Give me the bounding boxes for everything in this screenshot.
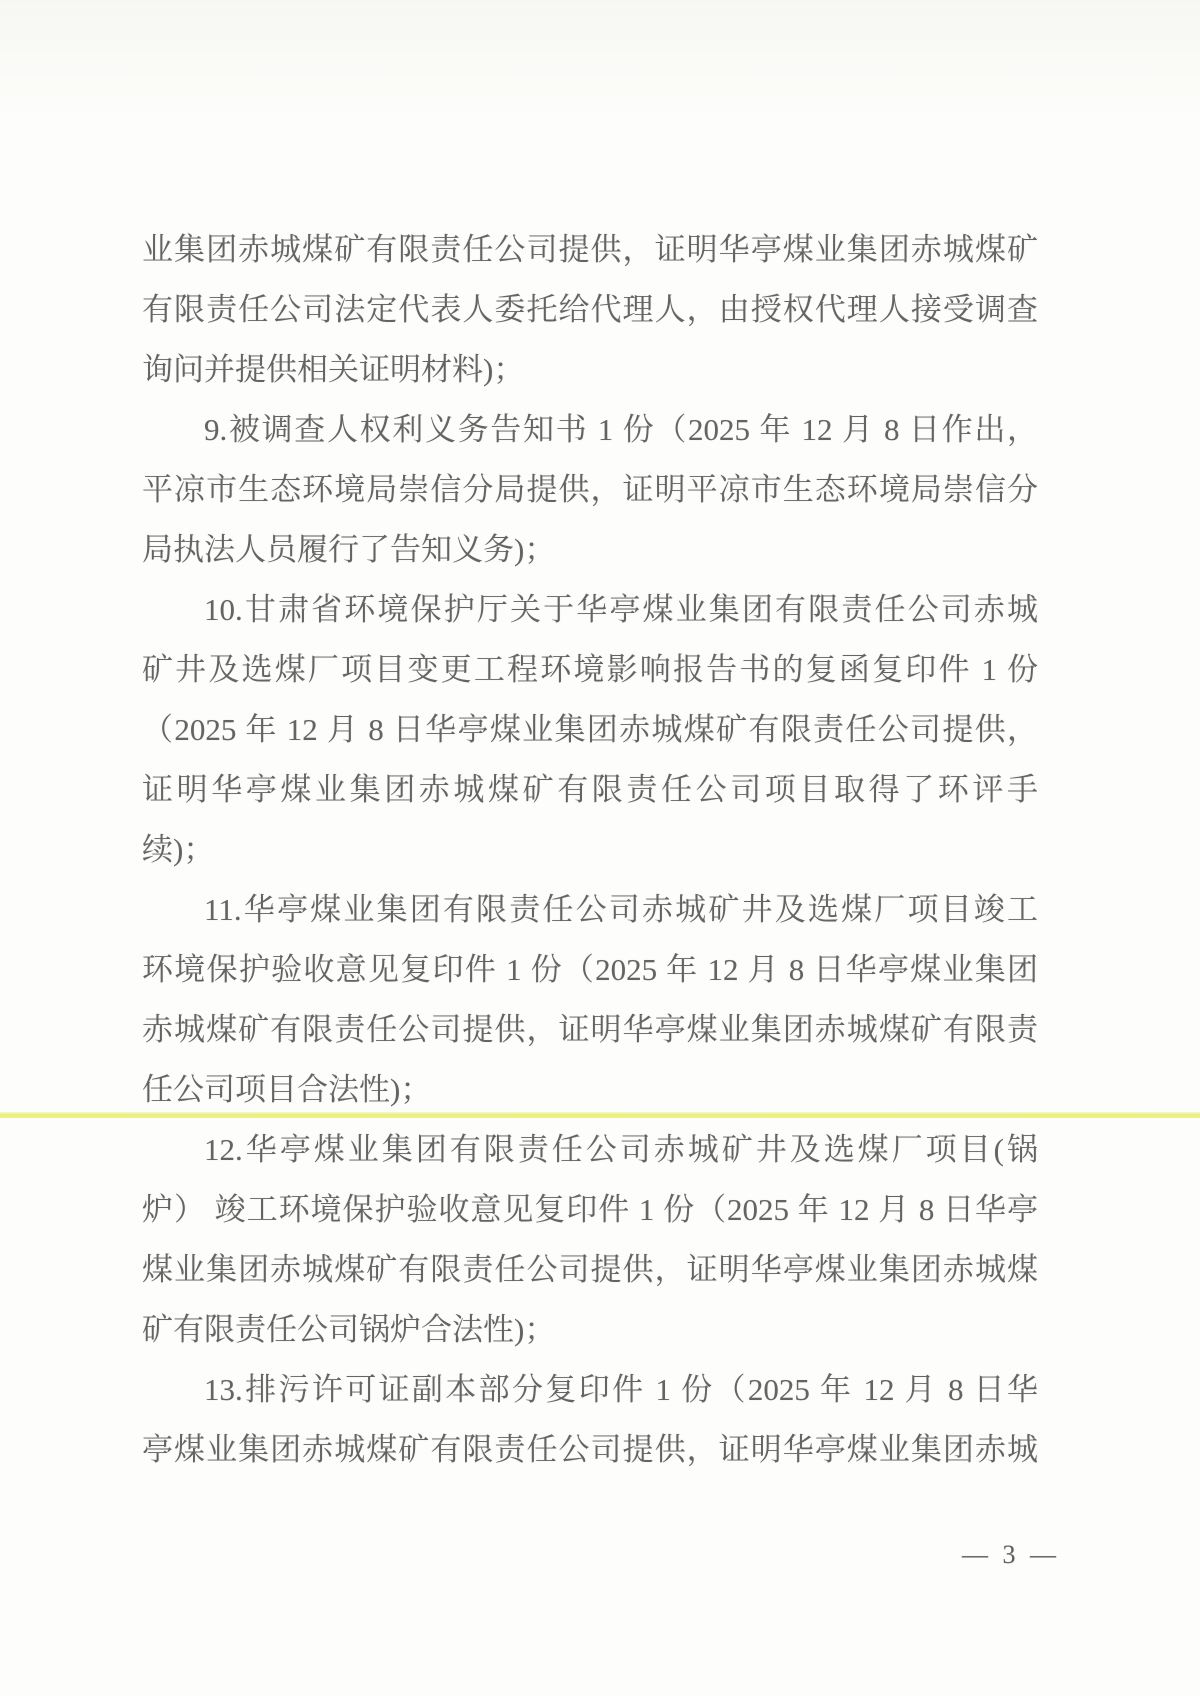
text-line: 13.排污许可证副本部分复印件 1 份（2025 年 12 月 8 日华 [142, 1360, 1038, 1420]
text-line: 续)； [142, 820, 1038, 880]
page-number: — 3 — [962, 1540, 1060, 1570]
text-line: （2025 年 12 月 8 日华亭煤业集团赤城煤矿有限责任公司提供， [142, 700, 1038, 760]
document-body: 业集团赤城煤矿有限责任公司提供，证明华亭煤业集团赤城煤矿 有限责任公司法定代表人… [142, 220, 1038, 1480]
text-line: 任公司项目合法性)； [142, 1060, 1038, 1120]
text-line: 矿有限责任公司锅炉合法性)； [142, 1300, 1038, 1360]
text-line: 亭煤业集团赤城煤矿有限责任公司提供，证明华亭煤业集团赤城 [142, 1420, 1038, 1480]
text-line: 平凉市生态环境局崇信分局提供，证明平凉市生态环境局崇信分 [142, 460, 1038, 520]
text-line: 炉） 竣工环境保护验收意见复印件 1 份（2025 年 12 月 8 日华亭 [142, 1180, 1038, 1240]
text-line: 9.被调查人权利义务告知书 1 份（2025 年 12 月 8 日作出， [142, 400, 1038, 460]
scan-artifact [0, 0, 1200, 120]
text-line: 有限责任公司法定代表人委托给代理人，由授权代理人接受调查 [142, 280, 1038, 340]
text-line: 环境保护验收意见复印件 1 份（2025 年 12 月 8 日华亭煤业集团 [142, 940, 1038, 1000]
text-line: 矿井及选煤厂项目变更工程环境影响报告书的复函复印件 1 份 [142, 640, 1038, 700]
text-line: 询问并提供相关证明材料)； [142, 340, 1038, 400]
highlight-line [0, 1112, 1200, 1118]
text-line: 证明华亭煤业集团赤城煤矿有限责任公司项目取得了环评手 [142, 760, 1038, 820]
text-line: 11.华亭煤业集团有限责任公司赤城矿井及选煤厂项目竣工 [142, 880, 1038, 940]
text-line: 业集团赤城煤矿有限责任公司提供，证明华亭煤业集团赤城煤矿 [142, 220, 1038, 280]
text-line: 赤城煤矿有限责任公司提供，证明华亭煤业集团赤城煤矿有限责 [142, 1000, 1038, 1060]
text-line: 12.华亭煤业集团有限责任公司赤城矿井及选煤厂项目(锅 [142, 1120, 1038, 1180]
text-line: 局执法人员履行了告知义务)； [142, 520, 1038, 580]
text-line: 10.甘肃省环境保护厅关于华亭煤业集团有限责任公司赤城 [142, 580, 1038, 640]
text-line: 煤业集团赤城煤矿有限责任公司提供，证明华亭煤业集团赤城煤 [142, 1240, 1038, 1300]
document-page: 业集团赤城煤矿有限责任公司提供，证明华亭煤业集团赤城煤矿 有限责任公司法定代表人… [0, 0, 1200, 1696]
